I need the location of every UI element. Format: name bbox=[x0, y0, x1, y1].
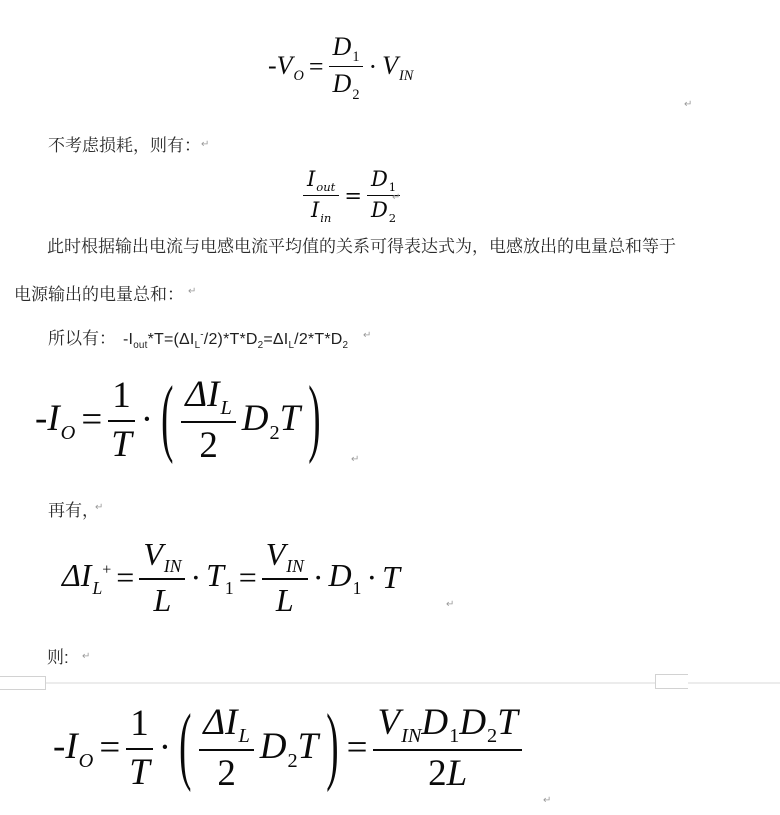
eq4-equals-2: = bbox=[239, 559, 257, 596]
eq5-equals-1: = bbox=[99, 727, 120, 770]
eq2-equals: = bbox=[344, 184, 362, 208]
suoyou-inline-formula: -Iout*T=(ΔIL-/2)*T*D2=ΔIL/2*T*D2 bbox=[123, 331, 348, 348]
eq3-left-paren: ( bbox=[161, 371, 173, 471]
eq3-d2t: D2T bbox=[242, 398, 300, 443]
eq1-cdot: · bbox=[368, 52, 377, 82]
paragraph-zaiyou: 再有， bbox=[48, 496, 99, 521]
page-margin-marker-right bbox=[655, 674, 688, 689]
paragraph-mark: ↵ bbox=[351, 455, 359, 465]
paragraph-mark: ↵ bbox=[392, 193, 400, 203]
paragraph-mark: ↵ bbox=[201, 140, 209, 150]
eq4-lhs: ΔIL+ bbox=[62, 557, 111, 597]
page-margin-marker-left bbox=[0, 676, 46, 690]
eq3-fraction-ripple: ΔIL 2 bbox=[181, 374, 235, 467]
eq4-fraction-2: VIN L bbox=[262, 536, 308, 619]
eq1-fraction: D1 D2 bbox=[329, 32, 364, 102]
eq3-right-paren: ) bbox=[308, 371, 320, 471]
eq5-fraction-result: VIND1D2T 2L bbox=[373, 702, 521, 795]
eq5-equals-2: = bbox=[347, 727, 368, 770]
eq2-fraction-left: Iout Iin bbox=[303, 167, 339, 224]
equation-vo-d1-d2-vin: -VO = D1 D2 · VIN bbox=[268, 32, 413, 102]
eq5-lhs: -IO bbox=[53, 726, 93, 771]
eq5-left-paren: ( bbox=[179, 699, 191, 799]
eq1-rhs: VIN bbox=[382, 51, 413, 83]
eq5-fraction-1-over-T: 1 T bbox=[126, 703, 153, 794]
eq4-equals-1: = bbox=[116, 559, 134, 596]
equation-io-half-ripple: -IO = 1 T · ( ΔIL 2 D2T ) bbox=[35, 374, 323, 467]
eq4-cdot-2: · bbox=[313, 559, 324, 596]
paragraph-mark: ↵ bbox=[95, 503, 103, 513]
eq4-cdot-1: · bbox=[190, 559, 201, 596]
paragraph-mark: ↵ bbox=[684, 100, 692, 110]
eq5-d2t: D2T bbox=[260, 726, 318, 771]
paragraph-mark: ↵ bbox=[363, 331, 371, 341]
paragraph-mark: ↵ bbox=[82, 652, 90, 662]
document-page: { "document": { "marks": { "paragraph": … bbox=[0, 0, 780, 815]
eq4-d1: D1 bbox=[329, 557, 362, 597]
paragraph-no-loss: 不考虑损耗，则有： bbox=[48, 131, 201, 156]
eq3-equals: = bbox=[81, 399, 102, 442]
paragraph-mark: ↵ bbox=[446, 600, 454, 610]
eq3-fraction-1-over-T: 1 T bbox=[108, 375, 135, 466]
eq3-lhs: -IO bbox=[35, 398, 75, 443]
eq5-fraction-ripple: ΔIL 2 bbox=[199, 702, 253, 795]
eq1-equals: = bbox=[309, 52, 324, 82]
eq4-fraction-1: VIN L bbox=[139, 536, 185, 619]
eq3-cdot: · bbox=[141, 399, 153, 442]
paragraph-ze: 则: bbox=[47, 643, 69, 668]
paragraph-relation-line2: 电源输出的电量总和： bbox=[14, 280, 184, 305]
eq4-t: T bbox=[382, 559, 400, 596]
suoyou-label: 所以有： bbox=[48, 329, 116, 348]
eq4-t1: T1 bbox=[206, 557, 234, 597]
paragraph-mark: ↵ bbox=[543, 796, 551, 806]
paragraph-mark: ↵ bbox=[188, 287, 196, 297]
paragraph-relation-line1: 此时根据输出电流与电感电流平均值的关系可得表达式为，电感放出的电量总和等于 bbox=[47, 232, 676, 257]
eq4-cdot-3: · bbox=[366, 559, 377, 596]
eq5-cdot: · bbox=[159, 727, 171, 770]
equation-io-final: -IO = 1 T · ( ΔIL 2 D2T ) = VIND1D2T 2L bbox=[53, 702, 522, 795]
paragraph-suoyou: 所以有：-Iout*T=(ΔIL-/2)*T*D2=ΔIL/2*T*D2 bbox=[48, 324, 348, 351]
eq1-lhs: -VO bbox=[268, 51, 304, 83]
equation-iout-iin: Iout Iin = D1 D2 bbox=[303, 167, 400, 224]
eq5-right-paren: ) bbox=[326, 699, 338, 799]
equation-delta-il: ΔIL+ = VIN L · T1 = VIN L · D1 · T bbox=[62, 536, 400, 619]
